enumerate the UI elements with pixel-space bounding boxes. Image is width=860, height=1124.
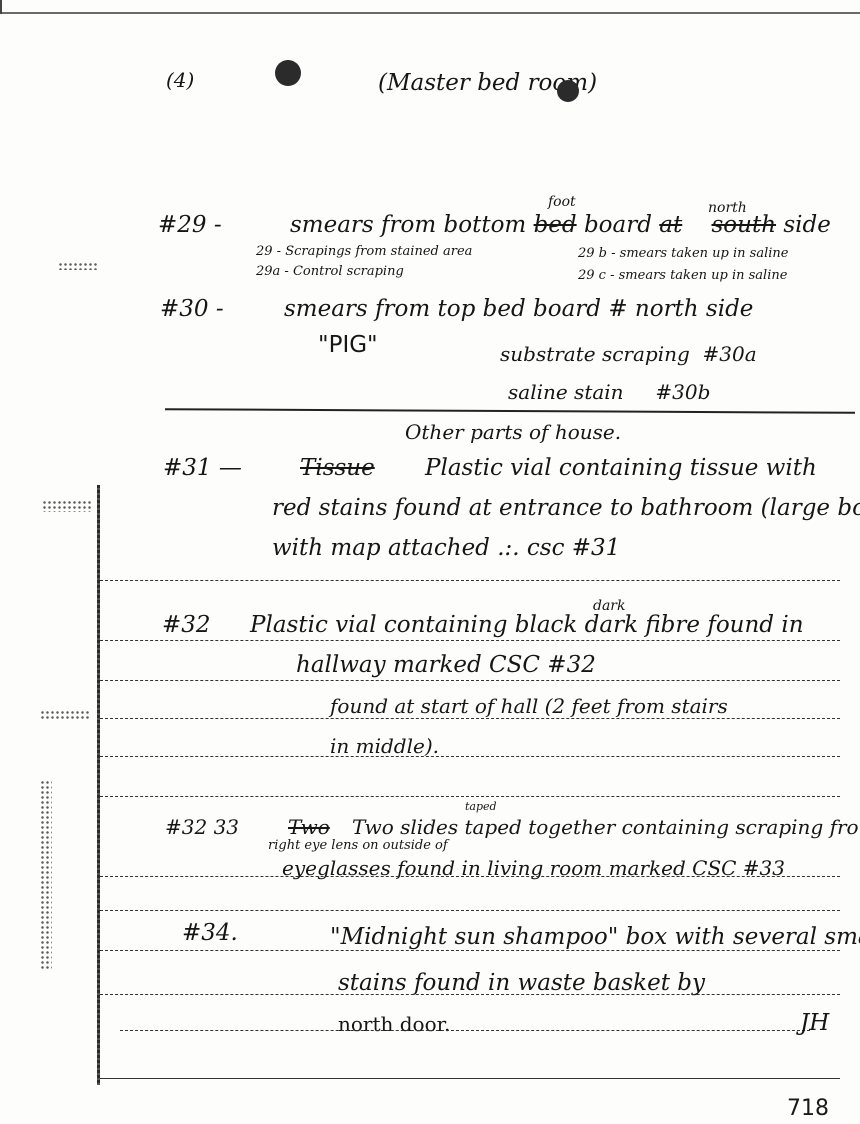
item-31-line-1: Plastic vial containing tissue with — [425, 455, 817, 481]
item-29-text-b: bottom — [444, 212, 527, 238]
item-30-quote: "PIG" — [318, 332, 378, 358]
item-33-line-2: right eye lens on outside of — [268, 838, 448, 853]
sub-29c-label: 29 c - — [578, 268, 614, 283]
sub-29b-label: 29 b - — [578, 246, 616, 261]
ruled-line — [100, 796, 840, 797]
item-29-text-side: side — [783, 212, 831, 238]
item-32-line-4: in middle). — [330, 734, 439, 758]
item-31-line-2: red stains found at entrance to bathroom… — [272, 495, 860, 521]
item-30-line: smears from top bed board # north side — [284, 296, 753, 322]
sub-29a: 29a - Control scraping — [256, 264, 404, 279]
item-32-insert-dark: dark — [593, 598, 625, 614]
item-32-line-3: found at start of hall (2 feet from stai… — [330, 694, 728, 718]
item-33-line-1: Two slides taped together containing scr… — [352, 815, 860, 839]
item-31-number: #31 — — [163, 455, 242, 481]
sub-29a-text: Control scraping — [293, 264, 404, 279]
item-34-number: #34. — [182, 920, 238, 946]
sub-30a-label: #30a — [703, 342, 757, 366]
item-31-line-3: with map attached .:. csc #31 — [272, 535, 620, 561]
item-29-insert-foot: foot — [548, 194, 576, 210]
scan-speckle — [42, 500, 92, 512]
sub-30a: substrate scraping #30a — [500, 342, 757, 366]
item-31-struck: Tissue — [300, 455, 375, 481]
ruled-line — [100, 640, 840, 641]
item-29-line: smears from bottom bed board at south si… — [290, 212, 831, 238]
item-29-insert-north: north — [708, 200, 747, 216]
ruled-line — [100, 680, 840, 681]
sub-30b-text: saline stain — [508, 380, 624, 404]
sub-29a-label: 29a - — [256, 264, 289, 279]
item-29-text-a: smears from — [290, 212, 436, 238]
section-divider — [165, 408, 855, 414]
ruled-line — [100, 1078, 840, 1079]
item-34-line-3: north door. — [338, 1012, 450, 1036]
ruled-line — [100, 876, 840, 877]
ruled-line — [100, 950, 840, 951]
page-number: 718 — [787, 1096, 829, 1121]
scan-speckle — [58, 262, 98, 270]
sub-29-text: Scrapings from stained area — [285, 244, 472, 259]
top-edge-rule — [0, 12, 860, 14]
sub-29: 29 - Scrapings from stained area — [256, 244, 472, 259]
ruled-line — [100, 718, 840, 719]
item-30-number: #30 - — [160, 296, 224, 322]
sub-30b-label: #30b — [655, 380, 710, 404]
item-29-struck-bed: bed — [534, 212, 577, 238]
ruled-line — [120, 1030, 810, 1031]
item-34-line-1: "Midnight sun shampoo" box with several … — [330, 924, 860, 950]
sub-29-label: 29 - — [256, 244, 281, 259]
ruled-line — [100, 580, 840, 581]
item-33-insert-taped: taped — [465, 800, 497, 813]
sub-29b: 29 b - smears taken up in saline — [578, 246, 788, 261]
sub-29c-text: smears taken up in saline — [619, 268, 788, 283]
left-edge-mark — [0, 0, 2, 14]
item-29-struck-at: at — [659, 212, 682, 238]
margin-line — [97, 485, 100, 1085]
item-33-number: #32 33 — [165, 815, 239, 839]
ruled-line — [100, 910, 840, 911]
item-32-line-1: Plastic vial containing black dark fibre… — [250, 612, 804, 638]
sub-29b-text: smears taken up in saline — [620, 246, 789, 261]
scan-speckle — [40, 710, 90, 720]
initials: JH — [800, 1010, 829, 1036]
item-33-struck: Two — [288, 815, 330, 839]
sub-29c: 29 c - smears taken up in saline — [578, 268, 787, 283]
item-29-text-board: board — [584, 212, 652, 238]
ruled-line — [100, 994, 840, 995]
scan-speckle — [40, 780, 52, 970]
item-34-line-2: stains found in waste basket by — [338, 970, 705, 996]
item-29-number: #29 - — [158, 212, 222, 238]
item-32-line-2: hallway marked CSC #32 — [296, 652, 596, 678]
sub-30a-text: substrate scraping — [500, 342, 690, 366]
sub-30b: saline stain #30b — [508, 380, 710, 404]
punch-hole-right — [557, 80, 579, 102]
ruled-line — [100, 756, 840, 757]
section-heading: Other parts of house. — [405, 420, 621, 444]
item-32-number: #32 — [162, 612, 211, 638]
page-marker: (4) — [166, 68, 194, 92]
punch-hole-left — [275, 60, 301, 86]
